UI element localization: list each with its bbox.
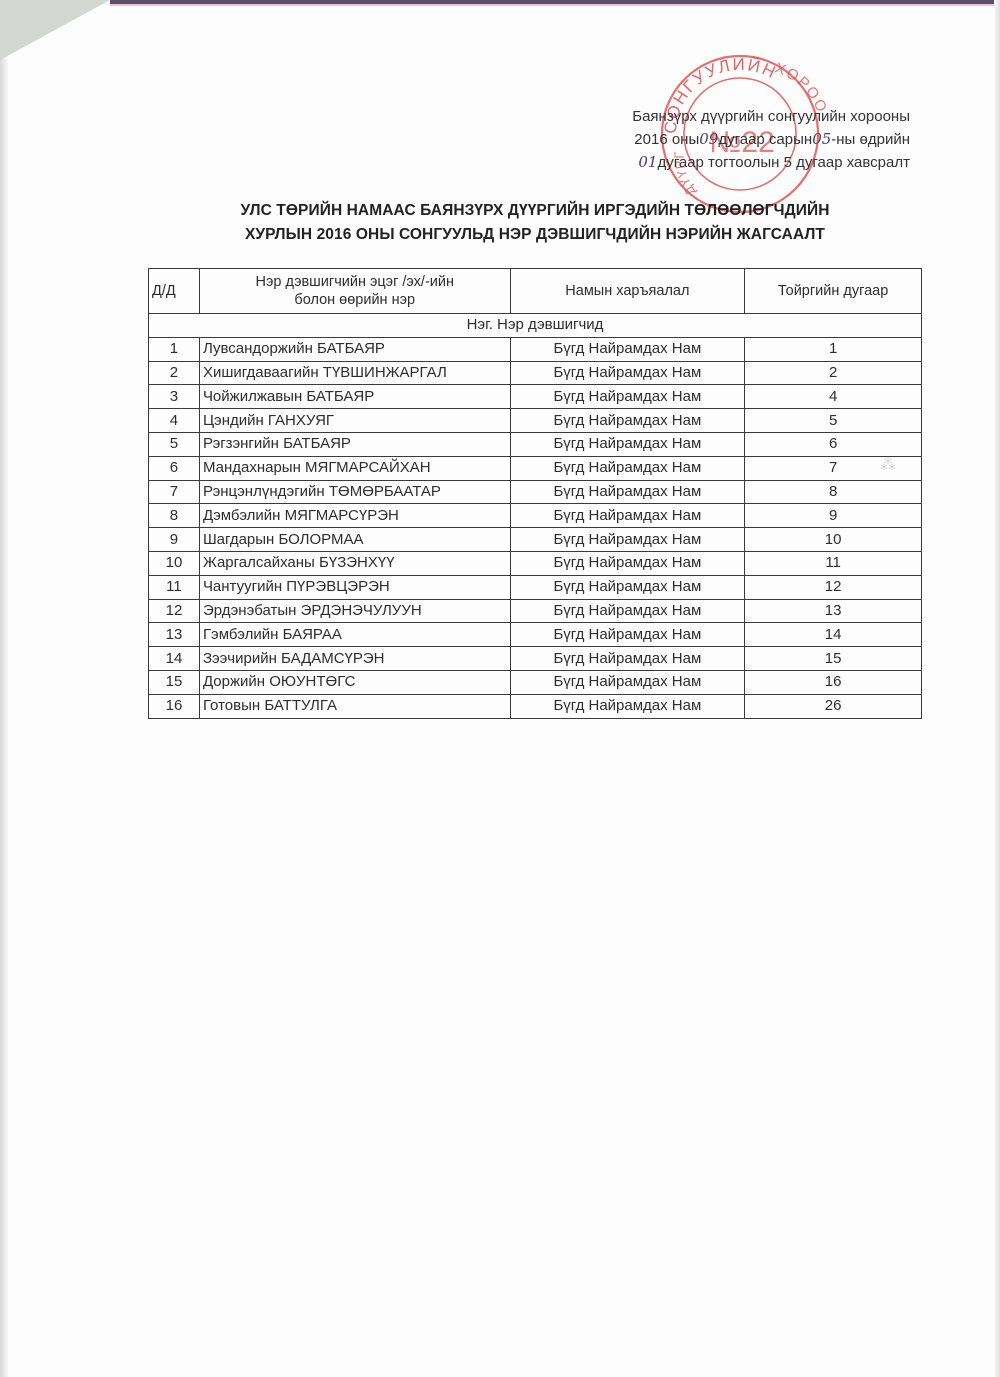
row-index: 4: [149, 409, 200, 433]
district-number: 6: [745, 432, 922, 456]
row-index: 2: [149, 361, 200, 385]
party-affiliation: Бүгд Найрамдах Нам: [510, 647, 745, 671]
party-affiliation: Бүгд Найрамдах Нам: [510, 361, 745, 385]
row-index: 13: [149, 623, 200, 647]
district-number: 10: [745, 528, 922, 552]
handwritten-month: 09: [699, 130, 718, 148]
header-name: Нэр дэвшигчийн эцэг /эх/-ийн болон өөрий…: [199, 269, 510, 314]
row-index: 3: [149, 385, 200, 409]
party-affiliation: Бүгд Найрамдах Нам: [510, 670, 745, 694]
district-number: 4: [745, 385, 922, 409]
note-year: 2016 оны: [634, 131, 699, 148]
scan-left-edge: [0, 0, 8, 1377]
district-number: 13: [745, 599, 922, 623]
appendix-note-line3: 01дугаар тогтоолын 5 дугаар хавсралт: [510, 151, 910, 174]
party-affiliation: Бүгд Найрамдах Нам: [510, 694, 745, 718]
appendix-note-line1: Баянзүрх дүүргийн сонгуулийн хорооны: [510, 106, 910, 128]
candidate-name: Рэгзэнгийн БАТБАЯР: [199, 432, 510, 456]
table-row: 7Рэнцэнлүндэгийн ТӨМӨРБААТАРБүгд Найрамд…: [149, 480, 922, 504]
candidate-name: Дэмбэлийн МЯГМАРСҮРЭН: [199, 504, 510, 528]
header-party: Намын харъяалал: [510, 269, 745, 314]
document-title-line1: УЛС ТӨРИЙН НАМААС БАЯНЗҮРХ ДҮҮРГИЙН ИРГЭ…: [150, 199, 920, 223]
handwritten-resolution-number: 01: [638, 153, 657, 171]
party-affiliation: Бүгд Найрамдах Нам: [510, 528, 745, 552]
row-index: 10: [149, 551, 200, 575]
party-affiliation: Бүгд Найрамдах Нам: [510, 385, 745, 409]
party-affiliation: Бүгд Найрамдах Нам: [510, 337, 745, 361]
row-index: 9: [149, 528, 200, 552]
party-affiliation: Бүгд Найрамдах Нам: [510, 480, 745, 504]
row-index: 16: [149, 694, 200, 718]
party-affiliation: Бүгд Найрамдах Нам: [510, 575, 745, 599]
row-index: 11: [149, 575, 200, 599]
candidate-name: Жаргалсайханы БҮЗЭНХҮҮ: [199, 551, 510, 575]
appendix-note: Баянзүрх дүүргийн сонгуулийн хорооны 201…: [510, 106, 910, 174]
party-affiliation: Бүгд Найрамдах Нам: [510, 623, 745, 647]
district-number: 16: [745, 670, 922, 694]
table-row: 6Мандахнарын МЯГМАРСАЙХАНБүгд Найрамдах …: [149, 456, 922, 480]
candidate-name: Доржийн ОЮУНТӨГС: [199, 670, 510, 694]
district-number: 9: [745, 504, 922, 528]
document-title: УЛС ТӨРИЙН НАМААС БАЯНЗҮРХ ДҮҮРГИЙН ИРГЭ…: [150, 199, 920, 247]
row-index: 8: [149, 504, 200, 528]
table-row: 14Зээчирийн БАДАМСҮРЭНБүгд Найрамдах Нам…: [149, 647, 922, 671]
candidate-name: Лувсандоржийн БАТБАЯР: [199, 337, 510, 361]
scan-right-edge: [994, 0, 1000, 1377]
header-name-line1: Нэр дэвшигчийн эцэг /эх/-ийн: [203, 273, 507, 291]
row-index: 14: [149, 647, 200, 671]
table-header-row: Д/Д Нэр дэвшигчийн эцэг /эх/-ийн болон ө…: [149, 269, 922, 314]
candidate-name: Мандахнарын МЯГМАРСАЙХАН: [199, 456, 510, 480]
table-row: 9Шагдарын БОЛОРМААБүгд Найрамдах Нам10: [149, 528, 922, 552]
scan-smudge: ⁂: [880, 455, 918, 477]
district-number: 12: [745, 575, 922, 599]
table-row: 4Цэндийн ГАНХУЯГБүгд Найрамдах Нам5: [149, 409, 922, 433]
candidate-name: Чантуугийн ПҮРЭВЦЭРЭН: [199, 575, 510, 599]
table-row: 16Готовын БАТТУЛГАБүгд Найрамдах Нам26: [149, 694, 922, 718]
header-district: Тойргийн дугаар: [745, 269, 922, 314]
row-index: 7: [149, 480, 200, 504]
table-row: 2Хишигдаваагийн ТҮВШИНЖАРГАЛБүгд Найрамд…: [149, 361, 922, 385]
candidate-name: Готовын БАТТУЛГА: [199, 694, 510, 718]
note-month-label: дугаар сарын: [718, 131, 812, 148]
section-label: Нэг. Нэр дэвшигчид: [149, 314, 922, 338]
table-row: 11Чантуугийн ПҮРЭВЦЭРЭНБүгд Найрамдах На…: [149, 575, 922, 599]
candidate-name: Чойжилжавын БАТБАЯР: [199, 385, 510, 409]
table-row: 13Гэмбэлийн БАЯРААБүгд Найрамдах Нам14: [149, 623, 922, 647]
district-number: 2: [745, 361, 922, 385]
appendix-note-line2: 2016 оны09дугаар сарын05-ны өдрийн: [510, 128, 910, 151]
district-number: 11: [745, 551, 922, 575]
table-row: 15Доржийн ОЮУНТӨГСБүгд Найрамдах Нам16: [149, 670, 922, 694]
row-index: 5: [149, 432, 200, 456]
candidate-table: Д/Д Нэр дэвшигчийн эцэг /эх/-ийн болон ө…: [148, 268, 922, 719]
candidate-name: Цэндийн ГАНХУЯГ: [199, 409, 510, 433]
district-number: 15: [745, 647, 922, 671]
scan-fold-corner: [0, 0, 110, 60]
table-row: 3Чойжилжавын БАТБАЯРБүгд Найрамдах Нам4: [149, 385, 922, 409]
candidate-name: Хишигдаваагийн ТҮВШИНЖАРГАЛ: [199, 361, 510, 385]
table-row: 1Лувсандоржийн БАТБАЯРБүгд Найрамдах Нам…: [149, 337, 922, 361]
candidate-name: Рэнцэнлүндэгийн ТӨМӨРБААТАР: [199, 480, 510, 504]
note-resolution-label: дугаар тогтоолын 5 дугаар хавсралт: [657, 154, 910, 171]
district-number: 14: [745, 623, 922, 647]
district-number: 8: [745, 480, 922, 504]
row-index: 12: [149, 599, 200, 623]
party-affiliation: Бүгд Найрамдах Нам: [510, 432, 745, 456]
candidate-name: Зээчирийн БАДАМСҮРЭН: [199, 647, 510, 671]
row-index: 1: [149, 337, 200, 361]
party-affiliation: Бүгд Найрамдах Нам: [510, 456, 745, 480]
table-row: 5Рэгзэнгийн БАТБАЯРБүгд Найрамдах Нам6: [149, 432, 922, 456]
district-number: 1: [745, 337, 922, 361]
header-index: Д/Д: [149, 269, 200, 314]
note-day-label: -ны өдрийн: [831, 131, 910, 148]
scan-top-edge-tint: [110, 4, 1000, 6]
candidate-name: Эрдэнэбатын ЭРДЭНЭЧУЛУУН: [199, 599, 510, 623]
party-affiliation: Бүгд Найрамдах Нам: [510, 504, 745, 528]
section-row: Нэг. Нэр дэвшигчид: [149, 314, 922, 338]
header-name-line2: болон өөрийн нэр: [203, 291, 507, 309]
row-index: 6: [149, 456, 200, 480]
party-affiliation: Бүгд Найрамдах Нам: [510, 409, 745, 433]
candidate-name: Шагдарын БОЛОРМАА: [199, 528, 510, 552]
party-affiliation: Бүгд Найрамдах Нам: [510, 551, 745, 575]
document-title-line2: ХУРЛЫН 2016 ОНЫ СОНГУУЛЬД НЭР ДЭВШИГЧДИЙ…: [150, 223, 920, 247]
row-index: 15: [149, 670, 200, 694]
table-row: 8Дэмбэлийн МЯГМАРСҮРЭНБүгд Найрамдах Нам…: [149, 504, 922, 528]
district-number: 26: [745, 694, 922, 718]
handwritten-day: 05: [812, 130, 831, 148]
table-row: 12Эрдэнэбатын ЭРДЭНЭЧУЛУУНБүгд Найрамдах…: [149, 599, 922, 623]
candidate-name: Гэмбэлийн БАЯРАА: [199, 623, 510, 647]
table-row: 10Жаргалсайханы БҮЗЭНХҮҮБүгд Найрамдах Н…: [149, 551, 922, 575]
district-number: 5: [745, 409, 922, 433]
party-affiliation: Бүгд Найрамдах Нам: [510, 599, 745, 623]
